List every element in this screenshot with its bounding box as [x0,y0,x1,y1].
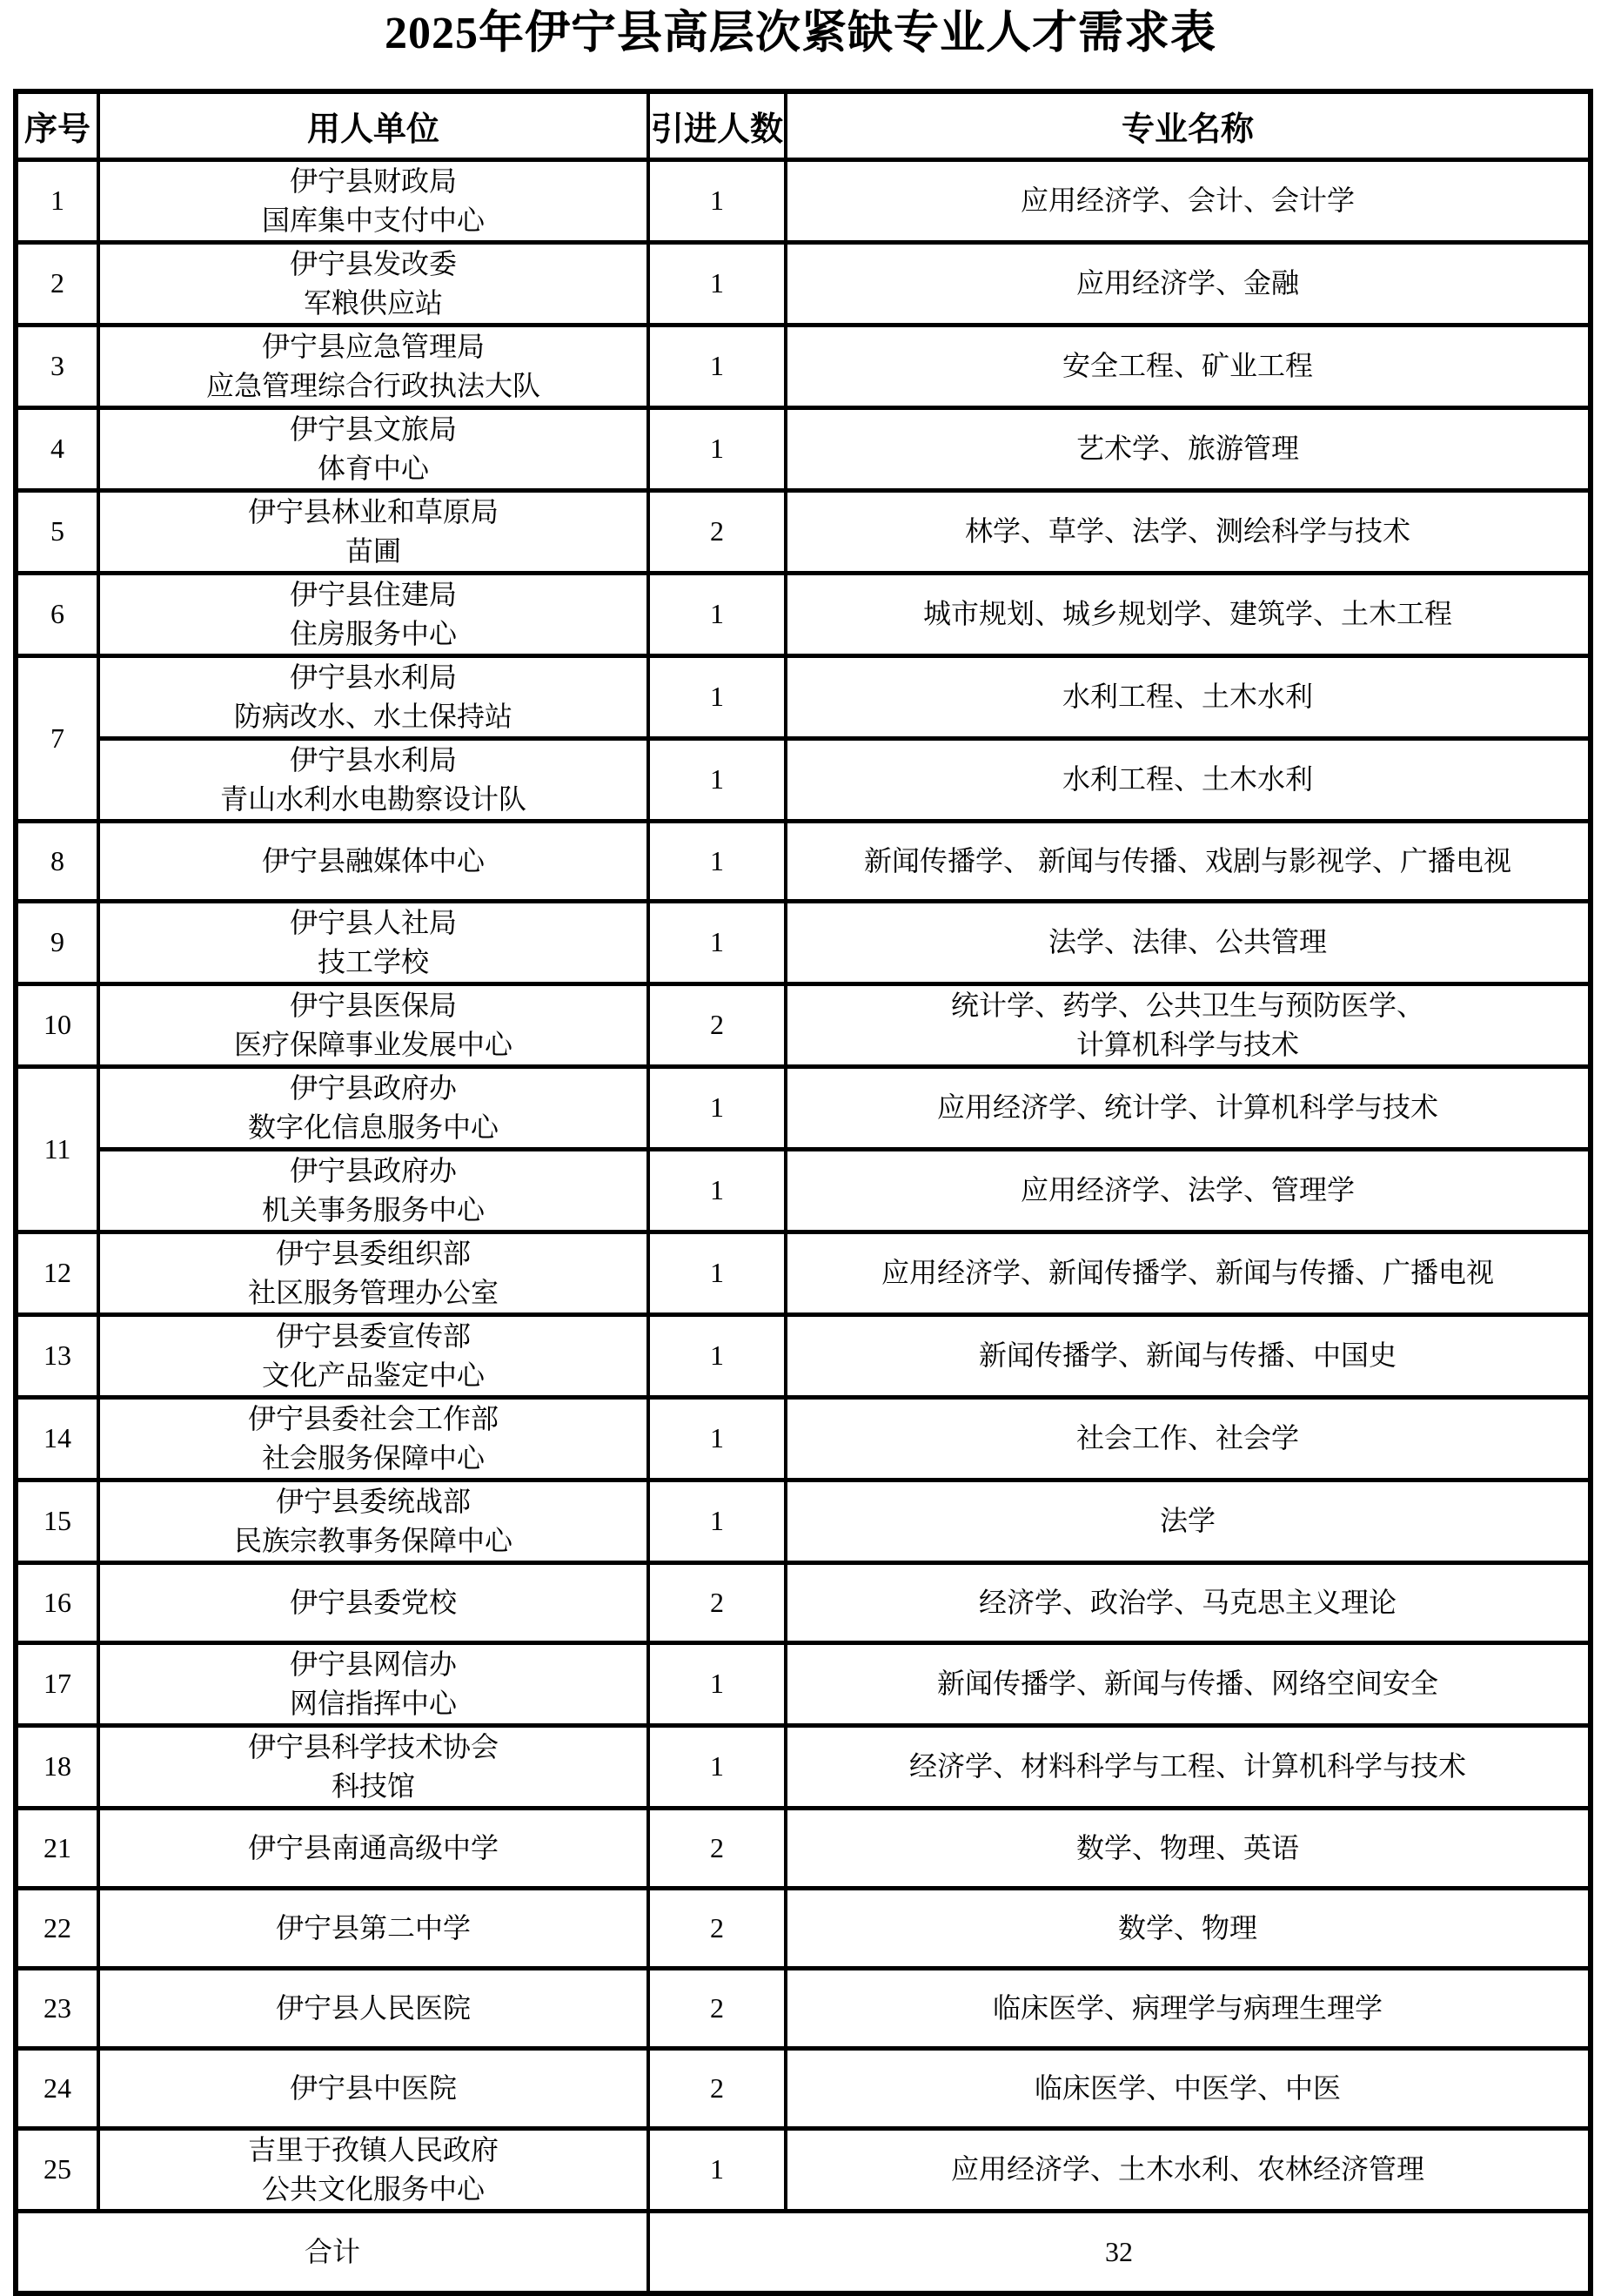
count-cell: 2 [648,1808,786,1888]
table-row: 1伊宁县财政局国库集中支付中心1应用经济学、会计、会计学 [16,159,1591,242]
unit-cell: 伊宁县医保局医疗保障事业发展中心 [98,984,648,1066]
page-title: 2025年伊宁县高层次紧缺专业人才需求表 [0,3,1601,64]
unit-cell: 伊宁县科学技术协会科技馆 [98,1725,648,1808]
count-cell: 2 [648,490,786,573]
unit-cell: 伊宁县南通高级中学 [98,1808,648,1888]
count-cell: 2 [648,984,786,1066]
row-number-cell: 22 [16,1888,98,1968]
majors-cell: 社会工作、社会学 [786,1397,1591,1480]
count-cell: 1 [648,407,786,490]
header-row: 序号 用人单位 引进人数 专业名称 [16,91,1591,159]
row-number-cell: 13 [16,1314,98,1397]
row-number-cell: 21 [16,1808,98,1888]
row-number-cell: 1 [16,159,98,242]
header-引进人数: 引进人数 [648,91,786,159]
majors-cell: 法学、法律、公共管理 [786,901,1591,984]
table-row: 11伊宁县政府办数字化信息服务中心1应用经济学、统计学、计算机科学与技术 [16,1066,1591,1149]
count-cell: 1 [648,655,786,738]
unit-cell: 伊宁县发改委军粮供应站 [98,242,648,325]
unit-cell: 伊宁县应急管理局应急管理综合行政执法大队 [98,325,648,407]
table-row: 18伊宁县科学技术协会科技馆1经济学、材料科学与工程、计算机科学与技术 [16,1725,1591,1808]
table-header: 序号 用人单位 引进人数 专业名称 [16,91,1591,159]
row-number-cell: 16 [16,1562,98,1642]
table-row: 伊宁县政府办机关事务服务中心1应用经济学、法学、管理学 [16,1149,1591,1232]
majors-cell: 水利工程、土木水利 [786,655,1591,738]
table-row: 25吉里于孜镇人民政府公共文化服务中心1应用经济学、土木水利、农林经济管理 [16,2128,1591,2211]
row-number-cell: 2 [16,242,98,325]
count-cell: 1 [648,1232,786,1314]
count-cell: 1 [648,1066,786,1149]
majors-cell: 林学、草学、法学、测绘科学与技术 [786,490,1591,573]
row-number-cell: 4 [16,407,98,490]
row-number-cell: 7 [16,655,98,821]
header-专业名称: 专业名称 [786,91,1591,159]
majors-cell: 应用经济学、新闻传播学、新闻与传播、广播电视 [786,1232,1591,1314]
majors-cell: 经济学、政治学、马克思主义理论 [786,1562,1591,1642]
majors-cell: 数学、物理 [786,1888,1591,1968]
unit-cell: 吉里于孜镇人民政府公共文化服务中心 [98,2128,648,2211]
row-number-cell: 9 [16,901,98,984]
majors-cell: 统计学、药学、公共卫生与预防医学、计算机科学与技术 [786,984,1591,1066]
row-number-cell: 5 [16,490,98,573]
total-value-cell: 32 [648,2211,1591,2293]
majors-cell: 应用经济学、法学、管理学 [786,1149,1591,1232]
row-number-cell: 10 [16,984,98,1066]
count-cell: 2 [648,2048,786,2128]
unit-cell: 伊宁县人社局技工学校 [98,901,648,984]
majors-cell: 新闻传播学、新闻与传播、网络空间安全 [786,1642,1591,1725]
table-row: 13伊宁县委宣传部文化产品鉴定中心1新闻传播学、新闻与传播、中国史 [16,1314,1591,1397]
count-cell: 1 [648,901,786,984]
header-序号: 序号 [16,91,98,159]
table-row: 4伊宁县文旅局体育中心1艺术学、旅游管理 [16,407,1591,490]
row-number-cell: 18 [16,1725,98,1808]
table-row: 9伊宁县人社局技工学校1法学、法律、公共管理 [16,901,1591,984]
count-cell: 1 [648,1642,786,1725]
majors-cell: 新闻传播学、新闻与传播、中国史 [786,1314,1591,1397]
majors-cell: 临床医学、中医学、中医 [786,2048,1591,2128]
majors-cell: 应用经济学、金融 [786,242,1591,325]
count-cell: 1 [648,1725,786,1808]
row-number-cell: 24 [16,2048,98,2128]
table-row: 3伊宁县应急管理局应急管理综合行政执法大队1安全工程、矿业工程 [16,325,1591,407]
table-row: 16伊宁县委党校2经济学、政治学、马克思主义理论 [16,1562,1591,1642]
unit-cell: 伊宁县第二中学 [98,1888,648,1968]
unit-cell: 伊宁县林业和草原局苗圃 [98,490,648,573]
count-cell: 1 [648,159,786,242]
unit-cell: 伊宁县中医院 [98,2048,648,2128]
row-number-cell: 25 [16,2128,98,2211]
table-row: 23伊宁县人民医院2临床医学、病理学与病理生理学 [16,1968,1591,2048]
row-number-cell: 3 [16,325,98,407]
unit-cell: 伊宁县网信办网信指挥中心 [98,1642,648,1725]
row-number-cell: 8 [16,821,98,901]
count-cell: 1 [648,573,786,655]
table-row: 伊宁县水利局青山水利水电勘察设计队1水利工程、土木水利 [16,738,1591,821]
unit-cell: 伊宁县人民医院 [98,1968,648,2048]
majors-cell: 安全工程、矿业工程 [786,325,1591,407]
footer-row: 合计 32 [16,2211,1591,2293]
table-row: 22伊宁县第二中学2数学、物理 [16,1888,1591,1968]
table-row: 8伊宁县融媒体中心1新闻传播学、 新闻与传播、戏剧与影视学、广播电视 [16,821,1591,901]
row-number-cell: 17 [16,1642,98,1725]
count-cell: 1 [648,242,786,325]
row-number-cell: 11 [16,1066,98,1232]
majors-cell: 应用经济学、土木水利、农林经济管理 [786,2128,1591,2211]
majors-cell: 水利工程、土木水利 [786,738,1591,821]
majors-cell: 法学 [786,1480,1591,1562]
majors-cell: 经济学、材料科学与工程、计算机科学与技术 [786,1725,1591,1808]
count-cell: 2 [648,1888,786,1968]
table-row: 2伊宁县发改委军粮供应站1应用经济学、金融 [16,242,1591,325]
unit-cell: 伊宁县政府办数字化信息服务中心 [98,1066,648,1149]
row-number-cell: 12 [16,1232,98,1314]
majors-cell: 数学、物理、英语 [786,1808,1591,1888]
unit-cell: 伊宁县委组织部社区服务管理办公室 [98,1232,648,1314]
count-cell: 1 [648,1314,786,1397]
header-用人单位: 用人单位 [98,91,648,159]
unit-cell: 伊宁县水利局青山水利水电勘察设计队 [98,738,648,821]
majors-cell: 临床医学、病理学与病理生理学 [786,1968,1591,2048]
table-row: 12伊宁县委组织部社区服务管理办公室1应用经济学、新闻传播学、新闻与传播、广播电… [16,1232,1591,1314]
unit-cell: 伊宁县委党校 [98,1562,648,1642]
row-number-cell: 6 [16,573,98,655]
count-cell: 2 [648,1562,786,1642]
majors-cell: 新闻传播学、 新闻与传播、戏剧与影视学、广播电视 [786,821,1591,901]
row-number-cell: 14 [16,1397,98,1480]
table-row: 24伊宁县中医院2临床医学、中医学、中医 [16,2048,1591,2128]
row-number-cell: 15 [16,1480,98,1562]
table-row: 10伊宁县医保局医疗保障事业发展中心2统计学、药学、公共卫生与预防医学、计算机科… [16,984,1591,1066]
majors-cell: 应用经济学、统计学、计算机科学与技术 [786,1066,1591,1149]
count-cell: 1 [648,821,786,901]
count-cell: 1 [648,325,786,407]
total-label-cell: 合计 [16,2211,648,2293]
majors-cell: 应用经济学、会计、会计学 [786,159,1591,242]
table-body: 1伊宁县财政局国库集中支付中心1应用经济学、会计、会计学2伊宁县发改委军粮供应站… [16,159,1591,2211]
table-row: 21伊宁县南通高级中学2数学、物理、英语 [16,1808,1591,1888]
unit-cell: 伊宁县水利局防病改水、水土保持站 [98,655,648,738]
table-row: 6伊宁县住建局住房服务中心1城市规划、城乡规划学、建筑学、土木工程 [16,573,1591,655]
count-cell: 1 [648,1397,786,1480]
table-row: 7伊宁县水利局防病改水、水土保持站1水利工程、土木水利 [16,655,1591,738]
unit-cell: 伊宁县住建局住房服务中心 [98,573,648,655]
unit-cell: 伊宁县文旅局体育中心 [98,407,648,490]
table-row: 5伊宁县林业和草原局苗圃2林学、草学、法学、测绘科学与技术 [16,490,1591,573]
count-cell: 1 [648,2128,786,2211]
majors-cell: 艺术学、旅游管理 [786,407,1591,490]
count-cell: 2 [648,1968,786,2048]
row-number-cell: 23 [16,1968,98,2048]
majors-cell: 城市规划、城乡规划学、建筑学、土木工程 [786,573,1591,655]
unit-cell: 伊宁县委社会工作部社会服务保障中心 [98,1397,648,1480]
count-cell: 1 [648,1480,786,1562]
unit-cell: 伊宁县融媒体中心 [98,821,648,901]
table-footer: 合计 32 [16,2211,1591,2293]
talent-demand-table: 序号 用人单位 引进人数 专业名称 1伊宁县财政局国库集中支付中心1应用经济学、… [13,89,1593,2296]
table-row: 14伊宁县委社会工作部社会服务保障中心1社会工作、社会学 [16,1397,1591,1480]
table-row: 15伊宁县委统战部民族宗教事务保障中心1法学 [16,1480,1591,1562]
unit-cell: 伊宁县政府办机关事务服务中心 [98,1149,648,1232]
count-cell: 1 [648,738,786,821]
table-row: 17伊宁县网信办网信指挥中心1新闻传播学、新闻与传播、网络空间安全 [16,1642,1591,1725]
unit-cell: 伊宁县委统战部民族宗教事务保障中心 [98,1480,648,1562]
unit-cell: 伊宁县委宣传部文化产品鉴定中心 [98,1314,648,1397]
count-cell: 1 [648,1149,786,1232]
unit-cell: 伊宁县财政局国库集中支付中心 [98,159,648,242]
